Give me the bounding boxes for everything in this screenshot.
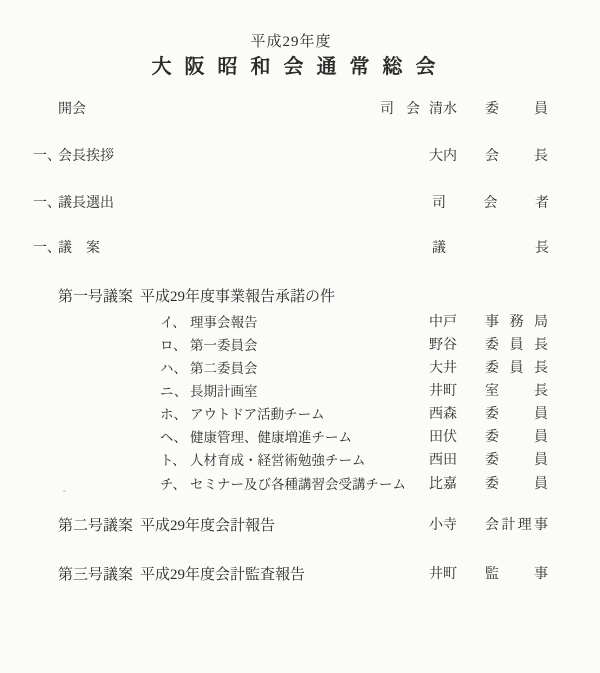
person-name: 野谷 [429,337,457,355]
item-label: 理事会報告 [190,314,258,332]
agenda-label: 議 案 [58,240,100,258]
item-label: 人材育成・経営術勉強チーム [190,452,366,470]
person-name: 西森 [429,406,457,424]
person-position: 室長 [485,383,548,401]
proposal-1-item-d: ニ、 長期計画室 井町 室長 [0,383,600,401]
fiscal-year-label: 平成29年度 [0,30,591,51]
person-position: 議長 [432,240,549,258]
person-name: 田伏 [429,429,457,447]
person-name: 井町 [429,566,457,584]
person-position: 会長 [485,148,548,166]
item-label: 長期計画室 [190,383,258,401]
person-position: 委員 [485,406,548,424]
person-position: 司会者 [432,195,549,213]
person-name: 小寺 [429,517,457,535]
person-position: 会計理事 [485,517,548,535]
scan-artifact-speck [63,490,66,492]
proposal-1-item-h: チ、 セミナー及び各種講習会受講チーム 比嘉 委員 [0,476,600,494]
person-position: 委員 [485,452,548,470]
item-kana: ト、 [160,452,186,470]
opening-row: 開会 司会 清水 委員 [0,101,600,119]
agenda-label: 会長挨拶 [58,148,114,166]
person-position: 委員 [485,429,548,447]
opening-position: 委員 [485,101,548,119]
item-kana: ホ、 [160,406,187,424]
proposal-number: 第三号議案 [58,566,133,584]
person-position: 委員長 [485,337,548,355]
person-position: 委員 [485,476,548,494]
proposal-1-item-c: ハ、 第二委員会 大井 委員長 [0,360,600,378]
item-kana: ハ、 [160,360,187,378]
item-label: 第一委員会 [190,337,258,355]
item-label: 第二委員会 [190,360,258,378]
agenda-row-proposals: 一、 議 案 議長 [0,240,600,258]
proposal-1-item-e: ホ、 アウトドア活動チーム 西森 委員 [0,406,600,424]
agenda-marker: 一、 [33,148,61,166]
item-kana: ロ、 [160,337,186,355]
person-name: 井町 [429,383,457,401]
proposal-3-header: 第三号議案 平成29年度会計監査報告 井町 監事 [0,566,600,584]
person-name: 西田 [429,452,457,470]
item-label: セミナー及び各種講習会受講チーム [190,476,406,494]
proposal-subject: 平成29年度会計報告 [140,517,275,535]
proposal-subject: 平成29年度会計監査報告 [140,566,305,584]
person-name: 大内 [429,148,457,166]
agenda-label: 議長選出 [58,195,114,213]
proposal-1-item-f: ヘ、 健康管理、健康増進チーム 田伏 委員 [0,429,600,447]
person-name: 比嘉 [429,476,457,494]
item-label: アウトドア活動チーム [190,406,325,424]
proposal-2-header: 第二号議案 平成29年度会計報告 小寺 会計理事 [0,517,600,535]
item-kana: ニ、 [160,383,187,401]
document-page: 平成29年度 大阪昭和会通常総会 開会 司会 清水 委員 一、 会長挨拶 大内 … [0,0,600,673]
item-label: 健康管理、健康増進チーム [190,429,352,447]
agenda-marker: 一、 [33,240,61,258]
proposal-1-item-g: ト、 人材育成・経営術勉強チーム 西田 委員 [0,452,600,470]
agenda-row-chair-election: 一、 議長選出 司会者 [0,195,600,213]
person-name: 大井 [429,360,457,378]
item-kana: イ、 [160,314,186,332]
proposal-number: 第二号議案 [58,517,133,535]
item-kana: ヘ、 [160,429,187,447]
agenda-row-chairman-greeting: 一、 会長挨拶 大内 会長 [0,148,600,166]
opening-person-name: 清水 [429,101,457,119]
opening-role: 司会 [380,101,420,119]
item-kana: チ、 [160,476,186,494]
person-position: 監事 [485,566,548,584]
page-title: 大阪昭和会通常総会 [0,50,600,79]
proposal-1-item-a: イ、 理事会報告 中戸 事務局 [0,314,600,332]
person-position: 事務局 [485,314,548,332]
proposal-subject: 平成29年度事業報告承諾の件 [140,288,335,306]
opening-label: 開会 [58,101,86,119]
person-position: 委員長 [485,360,548,378]
agenda-marker: 一、 [33,195,61,213]
proposal-1-item-b: ロ、 第一委員会 野谷 委員長 [0,337,600,355]
proposal-1-header: 第一号議案 平成29年度事業報告承諾の件 [0,288,600,306]
person-name: 中戸 [429,314,457,332]
proposal-number: 第一号議案 [58,288,133,306]
